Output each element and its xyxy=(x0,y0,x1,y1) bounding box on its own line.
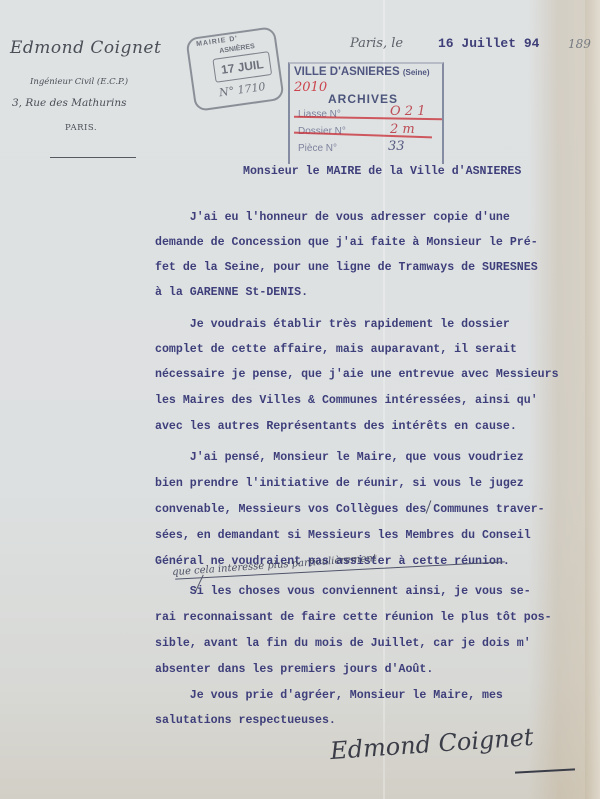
body-line: nécessaire je pense, que j'aie une entre… xyxy=(155,368,559,381)
archive-stamp-ville-suffix: (Seine) xyxy=(403,68,430,77)
archive-stamp-ville: VILLE D'ASNIERES (Seine) xyxy=(294,66,430,78)
archive-label: ARCHIVES xyxy=(328,92,398,106)
letterhead-title: Ingénieur Civil (E.C.P.) xyxy=(30,77,128,87)
archive-stamp: VILLE D'ASNIERES (Seine) 2010 ARCHIVES L… xyxy=(288,62,444,164)
received-stamp: MAIRIE D' ASNIÈRES 17 JUIL N° 1710 xyxy=(185,26,284,112)
letterhead-name: Edmond Coignet xyxy=(10,38,161,58)
body-line: rai reconnaissant de faire cette réunion… xyxy=(155,611,552,624)
received-stamp-date: 17 JUIL xyxy=(212,51,272,83)
addressee: Monsieur le MAIRE de la Ville d'ASNIERES xyxy=(243,165,521,178)
dateline-date: 16 Juillet 94 xyxy=(438,36,539,51)
body-line: J'ai pensé, Monsieur le Maire, que vous … xyxy=(155,451,524,464)
archive-row-piece: Pièce N° xyxy=(298,143,337,154)
archive-value-piece: 33 xyxy=(388,139,405,154)
body-line: avec les autres Représentants des intérê… xyxy=(155,420,517,433)
letterhead-rule xyxy=(50,157,136,158)
paper-edge-shadow xyxy=(585,0,600,799)
archive-row-liasse: Liasse N° xyxy=(298,109,341,120)
body-line: fet de la Seine, pour une ligne de Tramw… xyxy=(155,261,538,274)
body-line: convenable, Messieurs vos Collègues des … xyxy=(155,503,545,516)
body-line: les Maires des Villes & Communes intéres… xyxy=(155,394,538,407)
received-stamp-number: N° 1710 xyxy=(218,80,266,99)
body-line: à la GARENNE St-DENIS. xyxy=(155,286,308,299)
body-line: bien prendre l'initiative de réunir, si … xyxy=(155,477,524,490)
archive-stamp-ville-name: VILLE D'ASNIERES xyxy=(294,66,400,78)
body-line: salutations respectueuses. xyxy=(155,714,336,727)
body-line: sible, avant la fin du mois de Juillet, … xyxy=(155,637,531,650)
signature: Edmond Coignet xyxy=(329,723,534,765)
body-line: complet de cette affaire, mais auparavan… xyxy=(155,343,517,356)
letter-page: Edmond Coignet Ingénieur Civil (E.C.P.) … xyxy=(0,0,600,799)
body-line: J'ai eu l'honneur de vous adresser copie… xyxy=(155,211,510,224)
dateline-prefix: Paris, le xyxy=(350,36,403,51)
body-line: Je vous prie d'agréer, Monsieur le Maire… xyxy=(155,689,503,702)
archive-red-number: 2010 xyxy=(294,80,327,95)
body-line: sées, en demandant si Messieurs les Memb… xyxy=(155,529,531,542)
body-line: Si les choses vous conviennent ainsi, je… xyxy=(155,585,531,598)
dateline-printed-year: 189 xyxy=(568,37,591,51)
letterhead-city: PARIS. xyxy=(65,123,97,133)
signature-flourish xyxy=(515,768,575,773)
body-line: demande de Concession que j'ai faite à M… xyxy=(155,236,538,249)
body-line: Je voudrais établir très rapidement le d… xyxy=(155,318,510,331)
body-line: absenter dans les premiers jours d'Août. xyxy=(155,663,433,676)
letterhead-address: 3, Rue des Mathurins xyxy=(12,97,127,109)
